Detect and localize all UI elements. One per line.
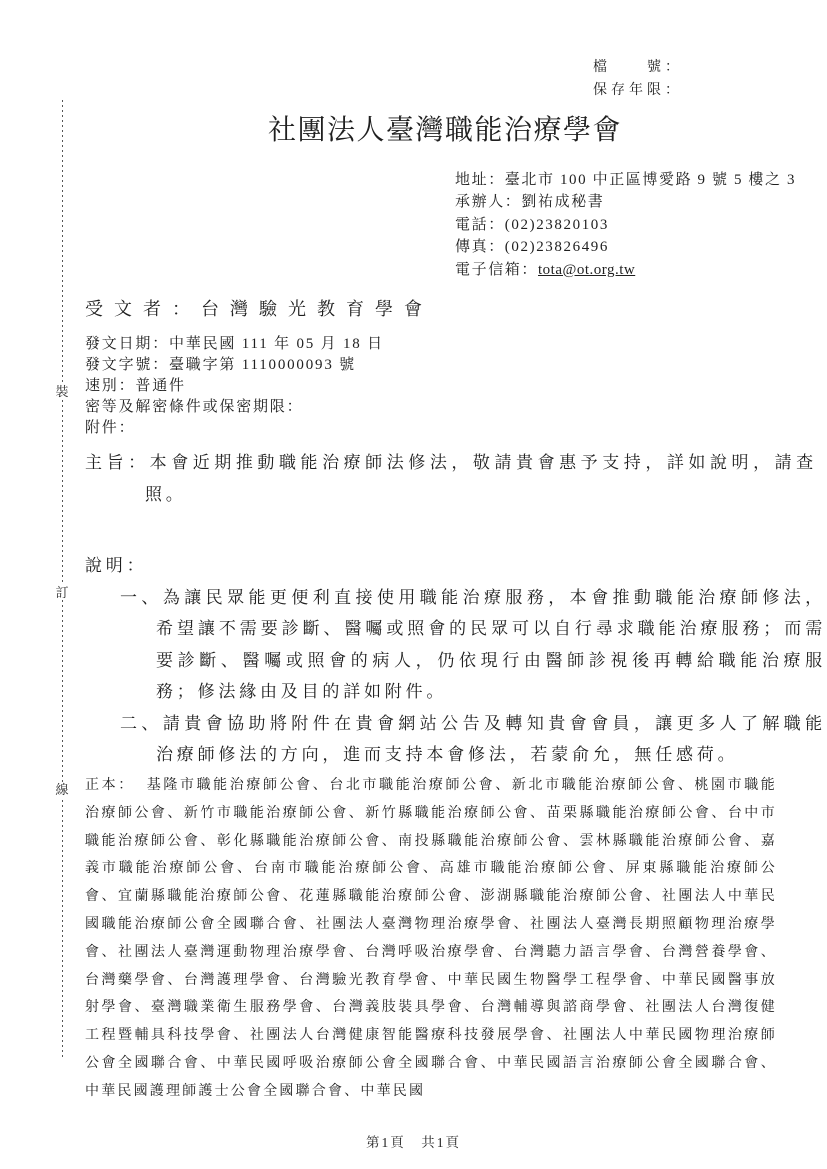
item-text: 為讓民眾能更便利直接使用職能治療服務，本會推動職能治療師修法，希望讓不需要診斷、… <box>156 588 826 702</box>
item-text: 請貴會協助將附件在貴會網站公告及轉知貴會會員，讓更多人了解職能治療師修法的方向，… <box>156 714 826 765</box>
org-title: 社團法人臺灣職能治療學會 <box>268 108 622 148</box>
contact-email-line: 電子信箱：tota@ot.org.tw <box>455 259 796 281</box>
description-section: 說明： 一、為讓民眾能更便利直接使用職能治療服務，本會推動職能治療師修法，希望讓… <box>85 550 826 771</box>
archive-block: 檔 號： 保存年限： <box>593 56 683 102</box>
official-document-page: 裝 訂 線 檔 號： 保存年限： 社團法人臺灣職能治療學會 地址：臺北市 100… <box>0 0 827 1169</box>
description-item: 二、請貴會協助將附件在貴會網站公告及轉知貴會會員，讓更多人了解職能治療師修法的方… <box>120 708 826 771</box>
page-footer: 第1頁 共1頁 <box>0 1131 827 1151</box>
description-item: 一、為讓民眾能更便利直接使用職能治療服務，本會推動職能治療師修法，希望讓不需要診… <box>120 582 826 708</box>
binding-dotted-line <box>62 100 63 1058</box>
subject-text: 本會近期推動職能治療師法修法，敬請貴會惠予支持，詳如說明，請查照。 <box>145 453 817 504</box>
binding-mark-zhuang: 裝 <box>54 384 70 399</box>
copy-to-recipients: 基隆市職能治療師公會、台北市職能治療師公會、新北市職能治療師公會、桃園市職能治療… <box>85 778 777 1099</box>
meta-attachment: 附件： <box>85 418 384 439</box>
contact-fax: 傳真：(02)23826496 <box>455 236 796 258</box>
meta-priority: 速別：普通件 <box>85 376 384 397</box>
binding-mark-ding: 訂 <box>54 585 70 600</box>
copy-to-label: 正本： <box>85 778 135 793</box>
contact-block: 地址：臺北市 100 中正區博愛路 9 號 5 樓之 3 承辦人：劉祐成秘書 電… <box>455 169 796 281</box>
contact-email-label: 電子信箱： <box>455 262 538 278</box>
subject-paragraph: 主旨：本會近期推動職能治療師法修法，敬請貴會惠予支持，詳如說明，請查照。 <box>85 447 817 510</box>
subject-label: 主旨： <box>85 453 150 472</box>
meta-security: 密等及解密條件或保密期限： <box>85 397 384 418</box>
item-index: 二、 <box>120 714 163 733</box>
meta-block: 發文日期：中華民國 111 年 05 月 18 日 發文字號：臺職字第 1110… <box>85 334 384 439</box>
meta-issue-date: 發文日期：中華民國 111 年 05 月 18 日 <box>85 334 384 355</box>
contact-person: 承辦人：劉祐成秘書 <box>455 191 796 213</box>
meta-doc-number: 發文字號：臺職字第 1110000093 號 <box>85 355 384 376</box>
item-index: 一、 <box>120 588 163 607</box>
binding-mark-xian: 線 <box>54 782 70 797</box>
recipient-line: 受文者：台灣驗光教育學會 <box>85 295 433 321</box>
description-label: 說明： <box>85 550 826 582</box>
contact-email-link[interactable]: tota@ot.org.tw <box>538 262 635 278</box>
contact-phone: 電話：(02)23820103 <box>455 214 796 236</box>
contact-address: 地址：臺北市 100 中正區博愛路 9 號 5 樓之 3 <box>455 169 796 191</box>
retention-period-label: 保存年限： <box>593 79 683 102</box>
copy-to-paragraph: 正本：基隆市職能治療師公會、台北市職能治療師公會、新北市職能治療師公會、桃園市職… <box>85 772 777 1106</box>
file-number-label: 檔 號： <box>593 56 683 79</box>
